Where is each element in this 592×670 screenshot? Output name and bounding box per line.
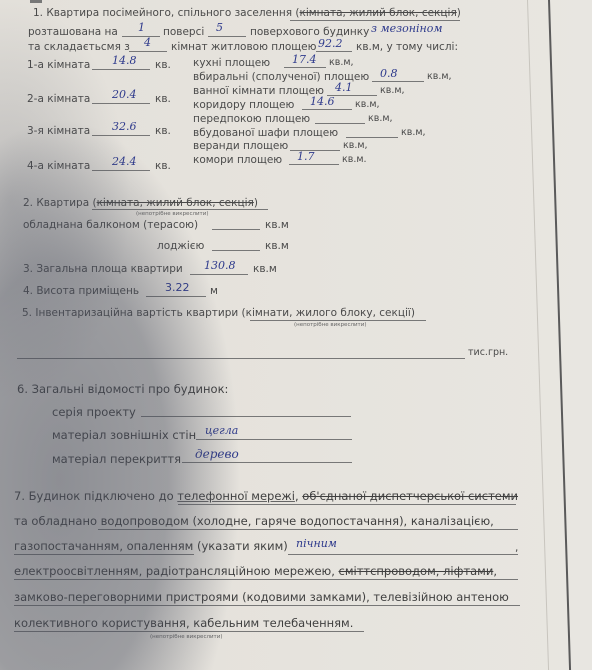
section4-label: 4. Висота приміщень bbox=[23, 285, 139, 297]
section7-line3: газопостачанням, опаленням (указати яким… bbox=[14, 539, 288, 553]
area-value[interactable]: 0.8 bbox=[380, 68, 398, 80]
section7-line6: колективного користування, кабельним тел… bbox=[14, 616, 353, 630]
area-unit: кв.м, bbox=[427, 71, 452, 83]
loggia-label: лоджією bbox=[157, 240, 204, 252]
section1-title-suffix: ) bbox=[457, 7, 461, 19]
section7-note: (непотрібне викреслити) bbox=[150, 634, 222, 640]
room-area-value[interactable]: 24.4 bbox=[112, 156, 137, 168]
living-label: кімнат житловою площею bbox=[171, 41, 316, 53]
area-value[interactable]: 17.4 bbox=[292, 54, 317, 66]
room-label: 2-а кімната bbox=[27, 93, 90, 105]
area-label: комори площею bbox=[193, 154, 282, 166]
phone-network: телефонної мережі bbox=[177, 489, 295, 503]
area-label: коридору площею bbox=[193, 99, 294, 111]
area-unit: кв.м, bbox=[343, 140, 368, 152]
page-edge bbox=[548, 0, 571, 670]
section3-label: 3. Загальна площа квартири bbox=[23, 263, 183, 275]
area-unit: кв.м, bbox=[329, 57, 354, 69]
area-value[interactable]: 1.7 bbox=[297, 151, 315, 163]
series-label: серія проекту bbox=[52, 405, 136, 419]
area-label: кухні площею bbox=[193, 57, 270, 69]
walls-label: матеріал зовнішніх стін bbox=[52, 428, 196, 442]
area-label: передпокою площею bbox=[193, 113, 310, 125]
walls-value[interactable]: цегла bbox=[205, 425, 238, 437]
section5-note: (непотрібне викреслити) bbox=[294, 322, 366, 328]
storeys-value[interactable]: 5 bbox=[216, 22, 223, 34]
section7-line4-end: , bbox=[493, 564, 497, 578]
area-value[interactable]: 4.1 bbox=[335, 82, 353, 94]
section6-title: 6. Загальні відомості про будинок: bbox=[17, 382, 228, 396]
room-unit: кв. bbox=[155, 93, 171, 105]
section5-unit: тис.грн. bbox=[468, 347, 508, 359]
balcony-label: обладнана балконом (терасою) bbox=[23, 219, 198, 231]
section7-line3-b: (указати яким) bbox=[193, 539, 287, 553]
section1-title-struck: кімната, жилий блок, секція bbox=[300, 7, 457, 19]
section7-line1: 7. Будинок підключено до телефонної мере… bbox=[14, 489, 518, 503]
room-label: 1-а кімната bbox=[27, 59, 90, 71]
room-unit: кв. bbox=[155, 125, 171, 137]
area-unit: кв.м. bbox=[342, 154, 367, 166]
loggia-unit: кв.м bbox=[265, 240, 289, 252]
section7-line2: та обладнано водопроводом (холодне, гаря… bbox=[14, 514, 494, 528]
heating-value[interactable]: пічним bbox=[296, 538, 337, 550]
area-unit: кв.м, bbox=[401, 127, 426, 139]
balcony-unit: кв.м bbox=[265, 219, 289, 231]
section1-title: 1. Квартира посімейного, спільного засел… bbox=[33, 7, 461, 19]
section7-line4: електроосвітленням, радіотрансляційною м… bbox=[14, 564, 497, 578]
storeys-suffix: поверхового будинку bbox=[250, 26, 369, 38]
area-unit: кв.м, bbox=[355, 99, 380, 111]
floor-value[interactable]: 1 bbox=[138, 22, 145, 34]
room-area-value[interactable]: 14.8 bbox=[112, 55, 137, 67]
area-value[interactable]: 14.6 bbox=[310, 96, 335, 108]
living-value[interactable]: 92.2 bbox=[318, 38, 343, 50]
floors-label: матеріал перекриття bbox=[52, 452, 181, 466]
room-area-value[interactable]: 20.4 bbox=[112, 89, 137, 101]
section2-title-prefix: 2. Квартира ( bbox=[23, 197, 97, 209]
section2-title: 2. Квартира (кімната, жилий блок, секція… bbox=[23, 197, 258, 209]
rooms-value[interactable]: 4 bbox=[144, 37, 151, 49]
room-area-value[interactable]: 32.6 bbox=[112, 121, 137, 133]
floor-suffix: поверсі bbox=[163, 26, 204, 38]
living-suffix: кв.м, у тому числі: bbox=[356, 41, 458, 53]
area-label: вбудованої шафи площею bbox=[193, 127, 338, 139]
water-sewage: водопроводом (холодне, гаряче водопостач… bbox=[101, 514, 494, 528]
section7-line2-a: та обладнано bbox=[14, 514, 101, 528]
section1-title-prefix: 1. Квартира посімейного, спільного засел… bbox=[33, 7, 300, 19]
area-label: веранди площею bbox=[193, 140, 288, 152]
electric-radio: електроосвітленням, радіотрансляційною м… bbox=[14, 564, 339, 578]
garbage-lift-struck: сміттєпроводом, ліфтами bbox=[339, 564, 494, 578]
page-tab-mark bbox=[30, 0, 42, 3]
page-fold bbox=[527, 0, 549, 670]
section7-line5: замково-переговорними пристроями (кодови… bbox=[14, 590, 509, 604]
area-label: ванної кімнати площею bbox=[193, 85, 324, 97]
floors-value[interactable]: дерево bbox=[195, 448, 239, 460]
height-value[interactable]: 3.22 bbox=[165, 282, 190, 294]
area-unit: кв.м, bbox=[380, 85, 405, 97]
room-label: 4-а кімната bbox=[27, 160, 90, 172]
area-unit: кв.м, bbox=[368, 113, 393, 125]
form-page: 1. Квартира посімейного, спільного засел… bbox=[0, 0, 592, 670]
section5-label: 5. Інвентаризаційна вартість квартири (к… bbox=[22, 307, 415, 319]
section2-title-suffix: ) bbox=[254, 197, 258, 209]
section2-note: (непотрібне викреслити) bbox=[136, 211, 208, 217]
building-note[interactable]: з мезоніном bbox=[371, 23, 443, 35]
room-unit: кв. bbox=[155, 59, 171, 71]
section7-line3-end: , bbox=[515, 542, 518, 554]
section3-unit: кв.м bbox=[253, 263, 277, 275]
section4-unit: м bbox=[210, 285, 218, 297]
dispatch-system-struck: об'єднаної диспетчерської системи bbox=[302, 489, 518, 503]
total-area-value[interactable]: 130.8 bbox=[204, 260, 236, 272]
floor-label: розташована на bbox=[28, 26, 118, 38]
rooms-label: та складаєтьсмя з bbox=[28, 41, 130, 53]
section7-line1-a: 7. Будинок підключено до bbox=[14, 489, 177, 503]
gas-heating: газопостачанням, опаленням bbox=[14, 539, 193, 553]
room-label: 3-я кімната bbox=[27, 125, 90, 137]
room-unit: кв. bbox=[155, 160, 171, 172]
section2-title-struck: кімната, жилий блок, секція bbox=[97, 197, 254, 209]
